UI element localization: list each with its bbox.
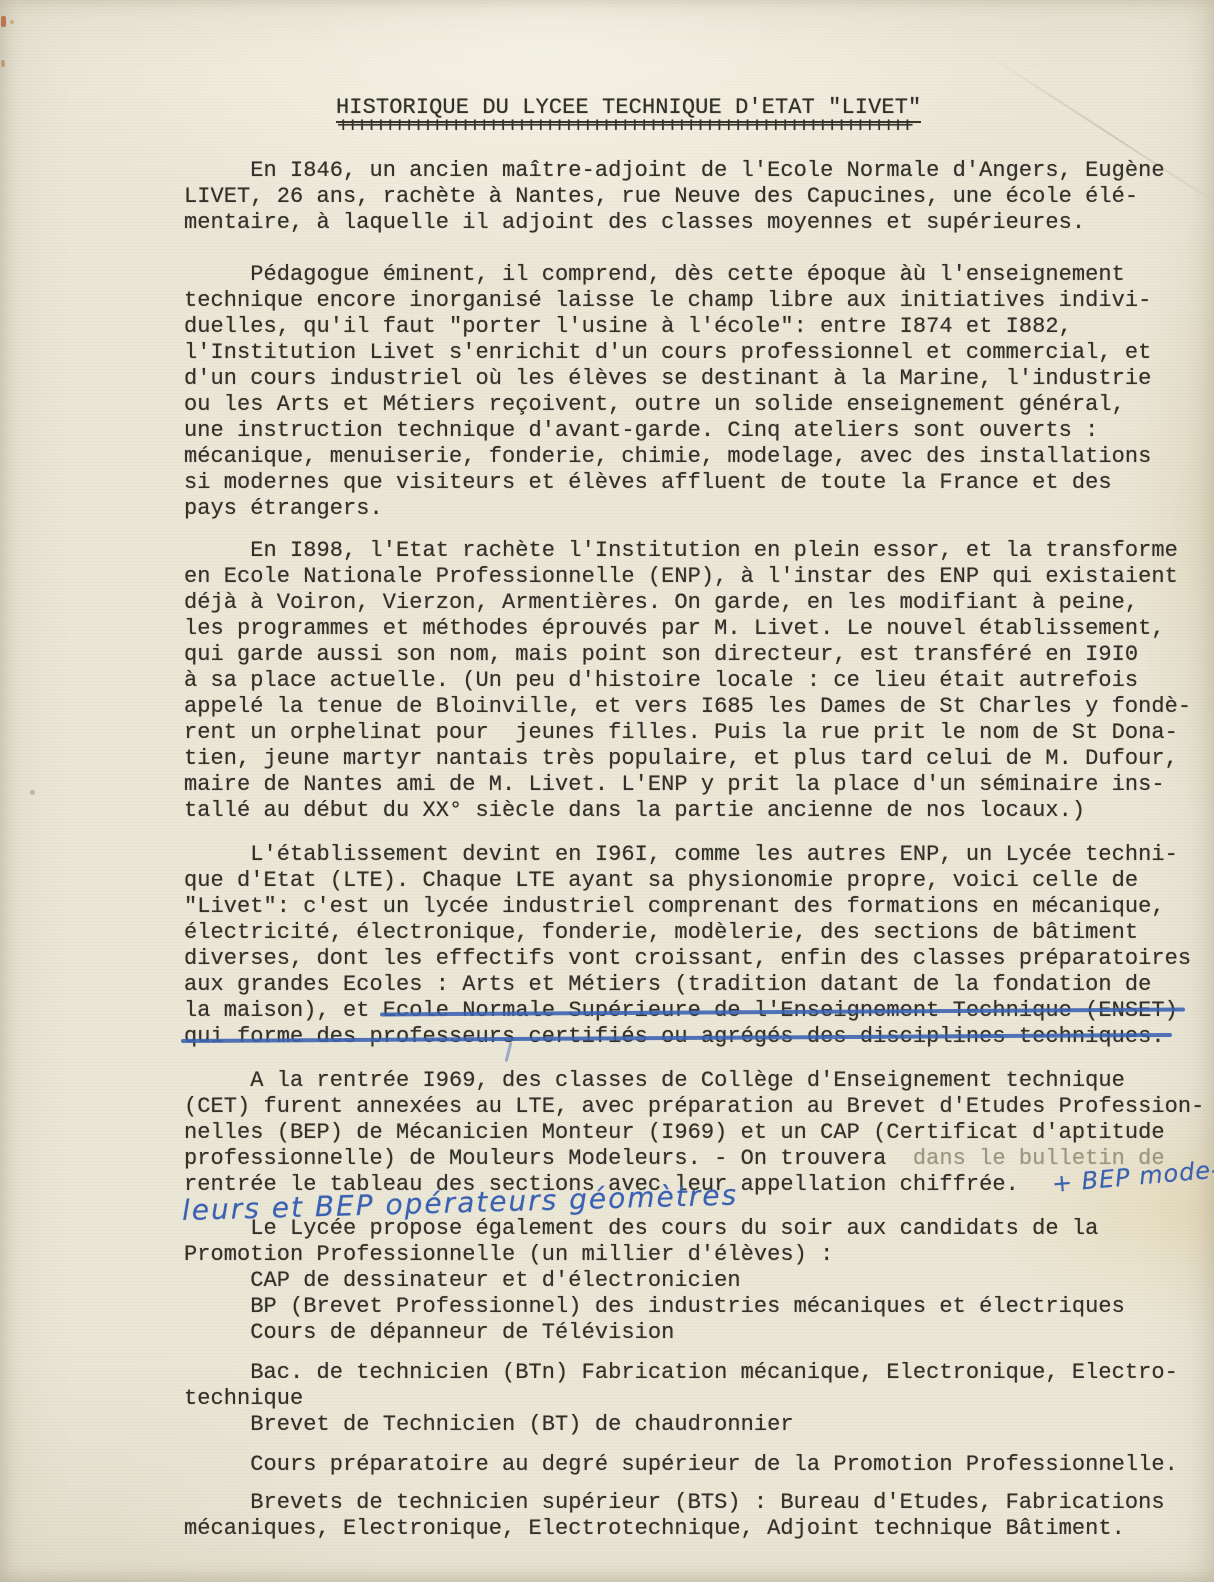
text-line: qui garde aussi son nom, mais point son …: [184, 642, 1191, 668]
text-segment: "Livet": c'est un lycée industriel compr…: [184, 894, 1165, 919]
text-segment: tien, jeune martyr nantais très populair…: [184, 746, 1178, 771]
text-segment: que d'Etat (LTE). Chaque LTE ayant sa ph…: [184, 868, 1138, 893]
text-line: déjà à Voiron, Vierzon, Armentières. On …: [184, 590, 1191, 616]
text-segment: Brevet de Technicien (BT) de chaudronnie…: [184, 1412, 794, 1437]
paper-speck: [1, 16, 6, 27]
text-segment: électricité, électronique, fonderie, mod…: [184, 920, 1138, 945]
text-segment: professionnelle) de Mouleurs Modeleurs. …: [184, 1146, 913, 1171]
text-line: diverses, dont les effectifs vont croiss…: [184, 946, 1191, 972]
paragraph-1846: En I846, un ancien maître-adjoint de l'E…: [184, 158, 1165, 236]
text-line: l'Institution Livet s'enrichit d'un cour…: [184, 340, 1151, 366]
text-segment: appelé la tenue de Bloinville, et vers I…: [184, 694, 1191, 719]
text-line: pays étrangers.: [184, 496, 1151, 522]
text-line: (CET) furent annexées au LTE, avec prépa…: [184, 1094, 1204, 1120]
text-segment: si modernes que visiteurs et élèves affl…: [184, 470, 1112, 495]
text-segment: technique encore inorganisé laisse le ch…: [184, 288, 1151, 313]
text-line: maire de Nantes ami de M. Livet. L'ENP y…: [184, 772, 1191, 798]
text-segment: Cours de dépanneur de Télévision: [184, 1320, 674, 1345]
text-segment: mentaire, à laquelle il adjoint des clas…: [184, 210, 1085, 235]
text-line: "Livet": c'est un lycée industriel compr…: [184, 894, 1191, 920]
text-segment: tallé au début du XX° siècle dans la par…: [184, 798, 1085, 823]
paragraph-cours-du-soir: Le Lycée propose également des cours du …: [184, 1216, 1125, 1346]
title-underline-plus-row: ++++++++++++++++++++++++++++++++++++++++…: [337, 119, 921, 137]
paragraph-1898: En I898, l'Etat rachète l'Institution en…: [184, 538, 1191, 824]
text-line: professionnelle) de Mouleurs Modeleurs. …: [184, 1146, 1204, 1172]
text-line: à sa place actuelle. (Un peu d'histoire …: [184, 668, 1191, 694]
strikethrough-text: Ecole Normale Supérieure de l'Enseigneme…: [383, 998, 1178, 1023]
text-segment: technique: [184, 1386, 303, 1411]
text-segment: ou les Arts et Métiers reçoivent, outre …: [184, 392, 1125, 417]
text-line: que d'Etat (LTE). Chaque LTE ayant sa ph…: [184, 868, 1191, 894]
text-segment: Cours préparatoire au degré supérieur de…: [184, 1452, 1178, 1477]
paragraph-bac-technicien: Bac. de technicien (BTn) Fabrication méc…: [184, 1360, 1178, 1438]
text-segment: à sa place actuelle. (Un peu d'histoire …: [184, 668, 1138, 693]
text-segment: Promotion Professionnelle (un millier d'…: [184, 1242, 833, 1267]
text-line: rent un orphelinat pour jeunes filles. P…: [184, 720, 1191, 746]
text-line: mécanique, menuiserie, fonderie, chimie,…: [184, 444, 1151, 470]
text-line: si modernes que visiteurs et élèves affl…: [184, 470, 1151, 496]
text-segment: maire de Nantes ami de M. Livet. L'ENP y…: [184, 772, 1165, 797]
text-segment: (CET) furent annexées au LTE, avec prépa…: [184, 1094, 1204, 1119]
text-segment: aux grandes Ecoles : Arts et Métiers (tr…: [184, 972, 1151, 997]
paragraph-cours-preparatoire: Cours préparatoire au degré supérieur de…: [184, 1452, 1178, 1478]
text-segment: A la rentrée I969, des classes de Collèg…: [184, 1068, 1125, 1093]
text-line: ou les Arts et Métiers reçoivent, outre …: [184, 392, 1151, 418]
text-segment: l'Institution Livet s'enrichit d'un cour…: [184, 340, 1151, 365]
text-segment: Brevets de technicien supérieur (BTS) : …: [184, 1490, 1165, 1515]
text-line: technique encore inorganisé laisse le ch…: [184, 288, 1151, 314]
text-line: d'un cours industriel où les élèves se d…: [184, 366, 1151, 392]
text-line: appelé la tenue de Bloinville, et vers I…: [184, 694, 1191, 720]
text-line: Cours préparatoire au degré supérieur de…: [184, 1452, 1178, 1478]
text-line: En I898, l'Etat rachète l'Institution en…: [184, 538, 1191, 564]
text-line: L'établissement devint en I96I, comme le…: [184, 842, 1191, 868]
text-line: qui forme des professeurs certifiés ou a…: [184, 1024, 1191, 1050]
text-segment: Pédagogue éminent, il comprend, dès cett…: [184, 262, 1125, 287]
text-segment: BP (Brevet Professionnel) des industries…: [184, 1294, 1125, 1319]
paragraph-1961: L'établissement devint en I96I, comme le…: [184, 842, 1191, 1050]
text-segment: mécanique, menuiserie, fonderie, chimie,…: [184, 444, 1151, 469]
text-line: duelles, qu'il faut "porter l'usine à l'…: [184, 314, 1151, 340]
text-line: A la rentrée I969, des classes de Collèg…: [184, 1068, 1204, 1094]
text-line: Brevet de Technicien (BT) de chaudronnie…: [184, 1412, 1178, 1438]
text-segment: duelles, qu'il faut "porter l'usine à l'…: [184, 314, 1072, 339]
text-line: BP (Brevet Professionnel) des industries…: [184, 1294, 1125, 1320]
text-segment: la maison), et: [184, 998, 383, 1023]
text-line: Bac. de technicien (BTn) Fabrication méc…: [184, 1360, 1178, 1386]
text-line: En I846, un ancien maître-adjoint de l'E…: [184, 158, 1165, 184]
text-line: mécaniques, Electronique, Electrotechniq…: [184, 1516, 1165, 1542]
paper-speck: [1, 60, 5, 67]
text-segment: En I846, un ancien maître-adjoint de l'E…: [184, 158, 1165, 183]
text-segment: Bac. de technicien (BTn) Fabrication méc…: [184, 1360, 1178, 1385]
text-segment: qui garde aussi son nom, mais point son …: [184, 642, 1138, 667]
text-line: la maison), et Ecole Normale Supérieure …: [184, 998, 1191, 1024]
text-line: en Ecole Nationale Professionnelle (ENP)…: [184, 564, 1191, 590]
text-line: Cours de dépanneur de Télévision: [184, 1320, 1125, 1346]
text-segment: pays étrangers.: [184, 496, 383, 521]
paragraph-bts: Brevets de technicien supérieur (BTS) : …: [184, 1490, 1165, 1542]
text-line: technique: [184, 1386, 1178, 1412]
text-segment: diverses, dont les effectifs vont croiss…: [184, 946, 1191, 971]
text-line: LIVET, 26 ans, rachète à Nantes, rue Neu…: [184, 184, 1165, 210]
title-block: HISTORIQUE DU LYCEE TECHNIQUE D'ETAT "LI…: [336, 96, 921, 137]
text-segment: mécaniques, Electronique, Electrotechniq…: [184, 1516, 1125, 1541]
text-segment: L'établissement devint en I96I, comme le…: [184, 842, 1178, 867]
text-segment: LIVET, 26 ans, rachète à Nantes, rue Neu…: [184, 184, 1138, 209]
text-line: Promotion Professionnelle (un millier d'…: [184, 1242, 1125, 1268]
text-segment: en Ecole Nationale Professionnelle (ENP)…: [184, 564, 1178, 589]
paper-speck: [30, 790, 35, 795]
text-line: Brevets de technicien supérieur (BTS) : …: [184, 1490, 1165, 1516]
text-line: électricité, électronique, fonderie, mod…: [184, 920, 1191, 946]
text-segment: rent un orphelinat pour jeunes filles. P…: [184, 720, 1178, 745]
text-line: tallé au début du XX° siècle dans la par…: [184, 798, 1191, 824]
text-line: tien, jeune martyr nantais très populair…: [184, 746, 1191, 772]
document-page: HISTORIQUE DU LYCEE TECHNIQUE D'ETAT "LI…: [0, 0, 1214, 1582]
text-segment: nelles (BEP) de Mécanicien Monteur (I969…: [184, 1120, 1165, 1145]
paper-speck: [10, 20, 14, 24]
text-segment: d'un cours industriel où les élèves se d…: [184, 366, 1151, 391]
text-segment: une instruction technique d'avant-garde.…: [184, 418, 1098, 443]
text-line: CAP de dessinateur et d'électronicien: [184, 1268, 1125, 1294]
text-line: aux grandes Ecoles : Arts et Métiers (tr…: [184, 972, 1191, 998]
text-line: mentaire, à laquelle il adjoint des clas…: [184, 210, 1165, 236]
text-line: Pédagogue éminent, il comprend, dès cett…: [184, 262, 1151, 288]
text-segment: les programmes et méthodes éprouvés par …: [184, 616, 1165, 641]
text-segment: déjà à Voiron, Vierzon, Armentières. On …: [184, 590, 1138, 615]
paragraph-pedagogue: Pédagogue éminent, il comprend, dès cett…: [184, 262, 1151, 522]
strikethrough-text: qui forme des professeurs certifiés ou a…: [184, 1024, 1165, 1049]
text-segment: En I898, l'Etat rachète l'Institution en…: [184, 538, 1178, 563]
text-line: les programmes et méthodes éprouvés par …: [184, 616, 1191, 642]
text-segment: CAP de dessinateur et d'électronicien: [184, 1268, 741, 1293]
text-line: nelles (BEP) de Mécanicien Monteur (I969…: [184, 1120, 1204, 1146]
text-line: une instruction technique d'avant-garde.…: [184, 418, 1151, 444]
